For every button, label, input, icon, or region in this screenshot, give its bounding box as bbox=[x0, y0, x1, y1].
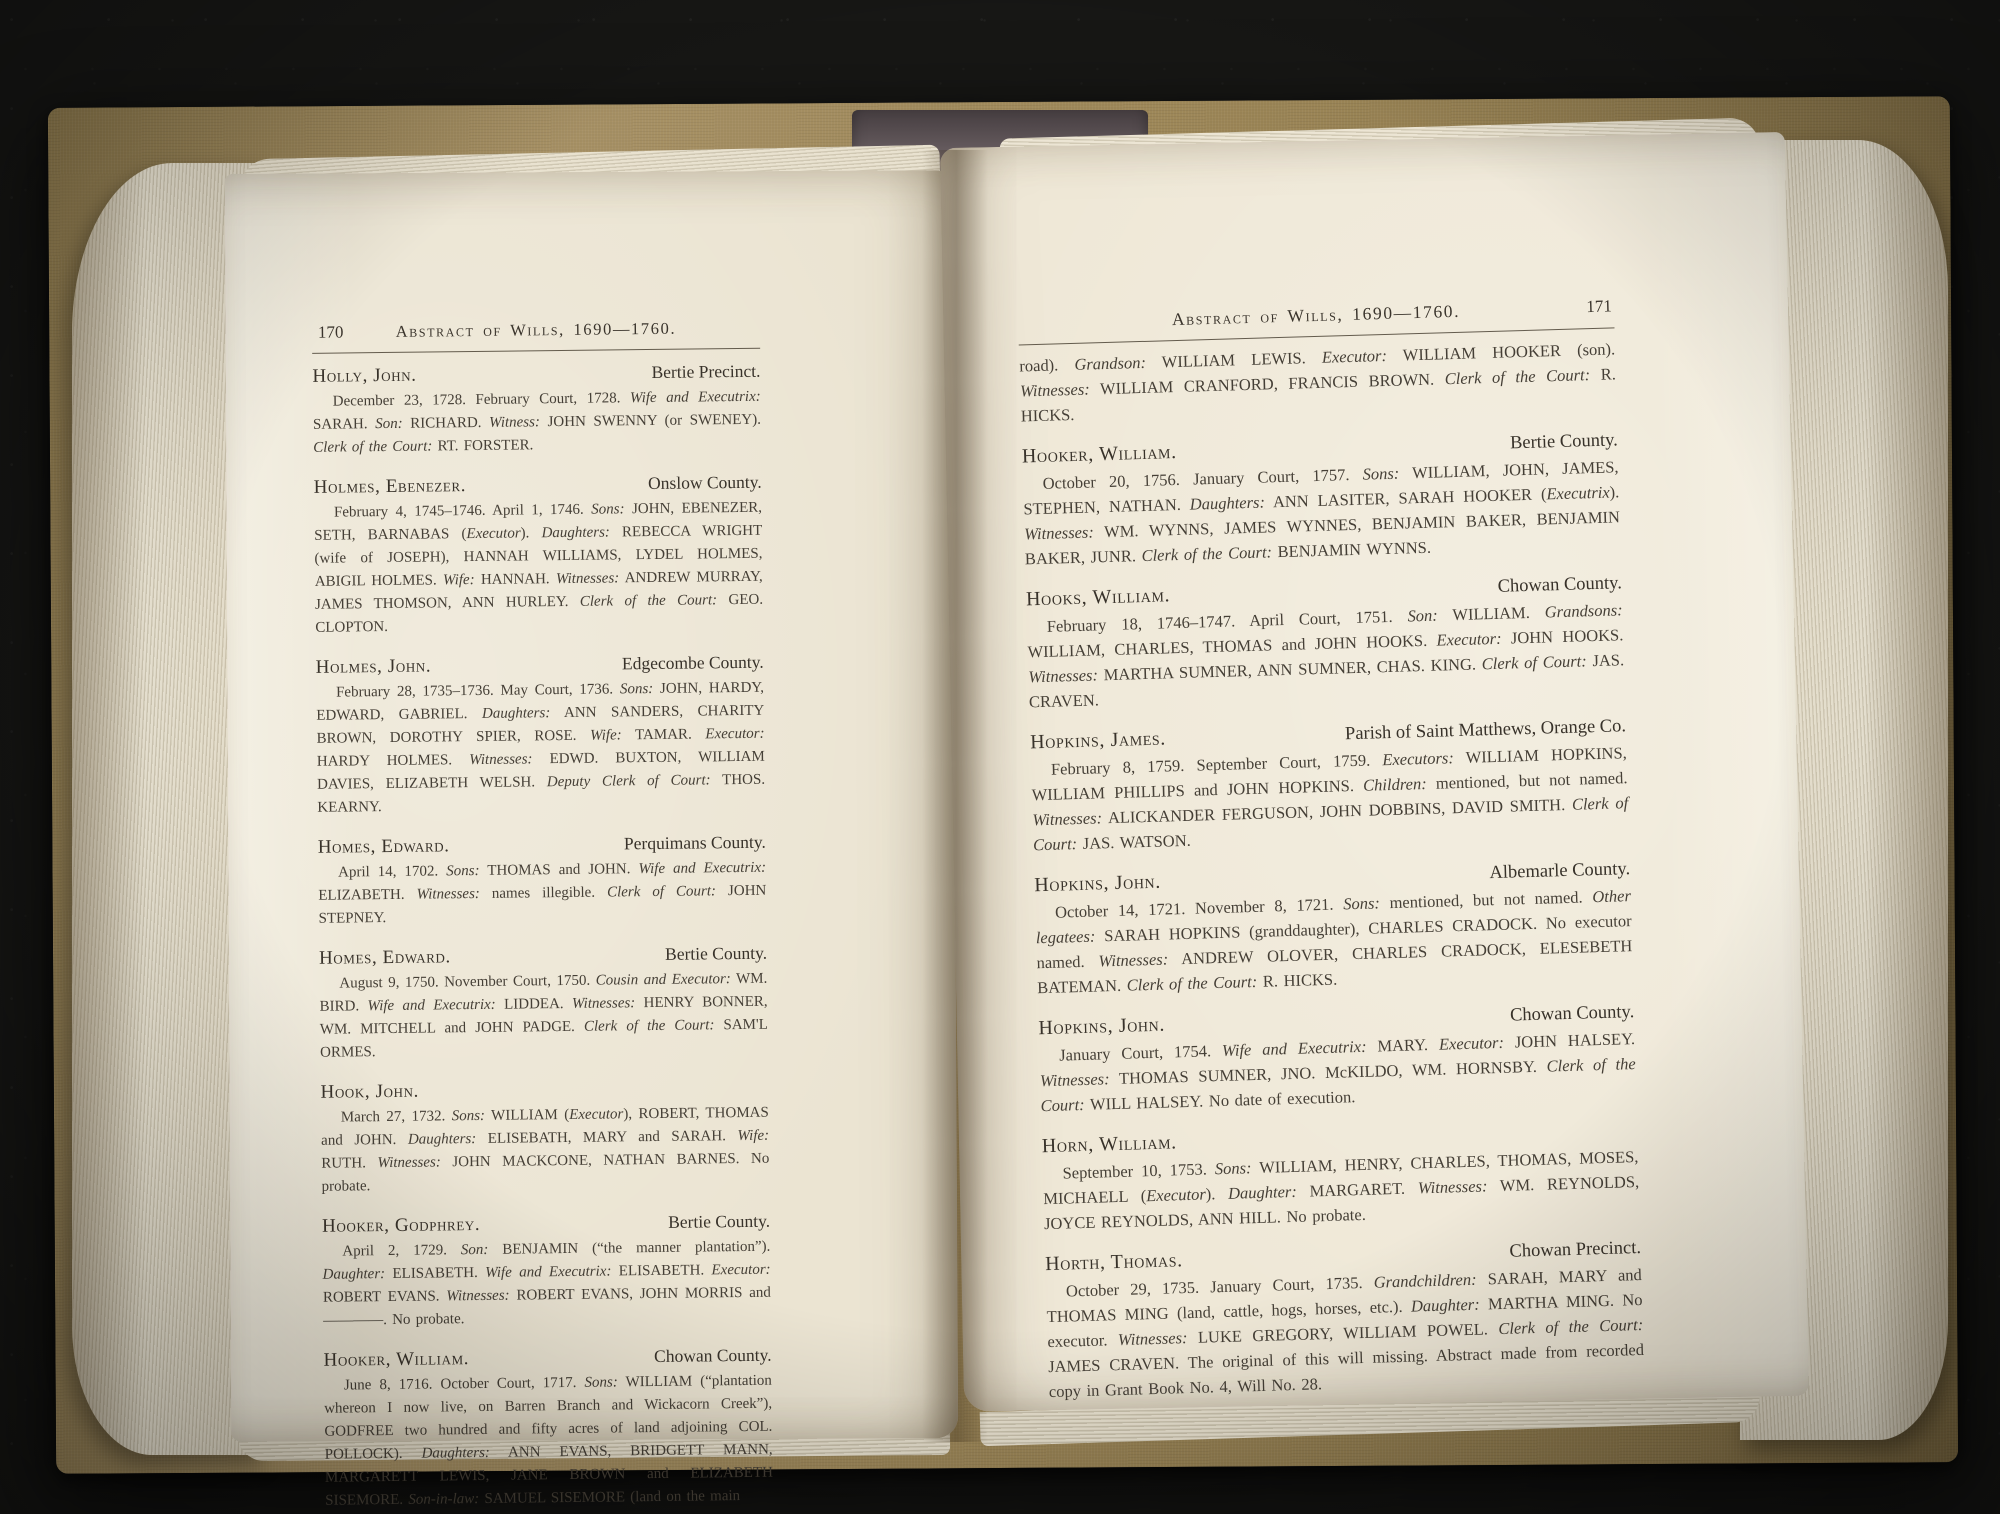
will-entry: Horn, William. September 10, 1753. Sons:… bbox=[1042, 1118, 1641, 1236]
entry-name: Homes, Edward. bbox=[318, 835, 450, 858]
header-rule bbox=[312, 348, 760, 354]
will-entry: Hopkins, James. Parish of Saint Matthews… bbox=[1030, 714, 1629, 857]
entry-body: August 9, 1750. November Court, 1750. Co… bbox=[319, 968, 768, 1065]
entry-place: Bertie County. bbox=[668, 1211, 770, 1233]
entry-body: October 14, 1721. November 8, 1721. Sons… bbox=[1035, 883, 1634, 1000]
entry-name: Hooks, William. bbox=[1026, 584, 1171, 611]
entry-header: Holly, John. Bertie Precinct. bbox=[312, 361, 760, 388]
entry-header: Hooker, Godphrey. Bertie County. bbox=[322, 1211, 770, 1238]
entry-header: Hooker, William. Chowan County. bbox=[323, 1345, 771, 1372]
entry-header: Homes, Edward. Bertie County. bbox=[319, 943, 767, 970]
entry-body: June 8, 1716. October Court, 1717. Sons:… bbox=[324, 1370, 774, 1513]
left-page-content: 170 Abstract of Wills, 1690—1760. Holly,… bbox=[312, 318, 773, 1513]
right-page-entries: Hooker, William. Bertie County. October … bbox=[1022, 428, 1645, 1404]
continuation-paragraph: road). Grandson: WILLIAM LEWIS. Executor… bbox=[1019, 336, 1617, 428]
entry-name: Hook, John. bbox=[320, 1081, 419, 1104]
entry-name: Holmes, Ebenezer. bbox=[314, 475, 467, 499]
right-running-title: Abstract of Wills, 1690—1760. bbox=[1172, 301, 1461, 329]
entry-body: September 10, 1753. Sons: WILLIAM, HENRY… bbox=[1042, 1144, 1640, 1236]
left-page: 170 Abstract of Wills, 1690—1760. Holly,… bbox=[225, 170, 959, 1442]
will-entry: Hopkins, John. Albemarle County. October… bbox=[1034, 857, 1633, 1000]
right-page-number: 171 bbox=[1586, 296, 1612, 317]
entry-body: January Court, 1754. Wife and Executrix:… bbox=[1039, 1026, 1637, 1118]
entry-body: October 29, 1735. January Court, 1735. G… bbox=[1046, 1262, 1645, 1404]
will-entry: Hooker, Godphrey. Bertie County. April 2… bbox=[322, 1211, 771, 1333]
will-entry: Homes, Edward. Bertie County. August 9, … bbox=[319, 943, 768, 1065]
entry-place: Bertie Precinct. bbox=[651, 361, 760, 383]
entry-body: December 23, 1728. February Court, 1728.… bbox=[313, 386, 762, 460]
entry-place: Albemarle County. bbox=[1489, 859, 1630, 884]
entry-header: Holmes, Ebenezer. Onslow County. bbox=[314, 472, 762, 499]
entry-body: April 2, 1729. Son: BENJAMIN (“the manne… bbox=[322, 1236, 771, 1333]
entry-header: Homes, Edward. Perquimans County. bbox=[318, 832, 766, 859]
entry-place: Bertie County. bbox=[665, 943, 767, 965]
entry-place: Chowan County. bbox=[654, 1345, 772, 1367]
entry-place: Edgecombe County. bbox=[622, 652, 764, 675]
left-page-header: 170 Abstract of Wills, 1690—1760. bbox=[312, 318, 760, 349]
will-entry: Hook, John. March 27, 1732. Sons: WILLIA… bbox=[320, 1077, 769, 1199]
will-entry: Homes, Edward. Perquimans County. April … bbox=[318, 832, 767, 931]
entry-header: Holmes, John. Edgecombe County. bbox=[316, 652, 764, 679]
right-page: Abstract of Wills, 1690—1760. 171 road).… bbox=[940, 132, 1809, 1412]
entry-body: February 4, 1745–1746. April 1, 1746. So… bbox=[314, 497, 764, 640]
will-entry: Hooker, William. Chowan County. June 8, … bbox=[323, 1345, 773, 1513]
entry-place: Chowan County. bbox=[1510, 1002, 1635, 1027]
entry-place: Bertie County. bbox=[1510, 430, 1618, 454]
entry-name: Hooker, Godphrey. bbox=[322, 1214, 480, 1238]
entry-name: Holly, John. bbox=[312, 365, 416, 388]
will-entry: Horth, Thomas. Chowan Precinct. October … bbox=[1045, 1236, 1645, 1404]
entry-place: Perquimans County. bbox=[624, 832, 766, 855]
entry-place: Chowan County. bbox=[1497, 573, 1622, 598]
will-entry: Holly, John. Bertie Precinct. December 2… bbox=[312, 361, 761, 460]
entry-header: Hook, John. bbox=[320, 1077, 768, 1104]
entry-name: Horth, Thomas. bbox=[1045, 1249, 1183, 1276]
entry-body: April 14, 1702. Sons: THOMAS and JOHN. W… bbox=[318, 857, 767, 931]
right-page-header: Abstract of Wills, 1690—1760. 171 bbox=[1018, 296, 1615, 339]
left-page-entries: Holly, John. Bertie Precinct. December 2… bbox=[312, 361, 773, 1513]
entry-body: March 27, 1732. Sons: WILLIAM (Executor)… bbox=[321, 1102, 770, 1199]
will-entry: Holmes, John. Edgecombe County. February… bbox=[316, 652, 766, 820]
entry-name: Hooker, William. bbox=[323, 1348, 469, 1372]
entry-place: Chowan Precinct. bbox=[1509, 1238, 1641, 1263]
entry-name: Hopkins, John. bbox=[1038, 1014, 1165, 1041]
entry-body: February 8, 1759. September Court, 1759.… bbox=[1031, 740, 1630, 857]
entry-body: February 28, 1735–1736. May Court, 1736.… bbox=[316, 677, 766, 820]
will-entry: Hopkins, John. Chowan County. January Co… bbox=[1038, 1000, 1637, 1118]
entry-name: Hopkins, John. bbox=[1034, 871, 1161, 898]
book-photo: 170 Abstract of Wills, 1690—1760. Holly,… bbox=[0, 0, 2000, 1514]
entry-name: Horn, William. bbox=[1042, 1131, 1178, 1158]
right-page-content: Abstract of Wills, 1690—1760. 171 road).… bbox=[1018, 296, 1645, 1404]
entry-name: Hooker, William. bbox=[1022, 441, 1177, 468]
entry-place: Onslow County. bbox=[648, 472, 762, 494]
will-entry: Holmes, Ebenezer. Onslow County. Februar… bbox=[314, 472, 764, 640]
left-running-title: Abstract of Wills, 1690—1760. bbox=[396, 319, 677, 341]
will-entry: Hooks, William. Chowan County. February … bbox=[1026, 571, 1625, 714]
entry-body: February 18, 1746–1747. April Court, 175… bbox=[1027, 597, 1626, 714]
entry-name: Holmes, John. bbox=[316, 656, 432, 679]
will-entry: Hooker, William. Bertie County. October … bbox=[1022, 428, 1621, 571]
entry-name: Hopkins, James. bbox=[1030, 727, 1166, 754]
entry-name: Homes, Edward. bbox=[319, 946, 451, 969]
entry-body: October 20, 1756. January Court, 1757. S… bbox=[1022, 454, 1621, 571]
left-page-number: 170 bbox=[318, 322, 344, 342]
